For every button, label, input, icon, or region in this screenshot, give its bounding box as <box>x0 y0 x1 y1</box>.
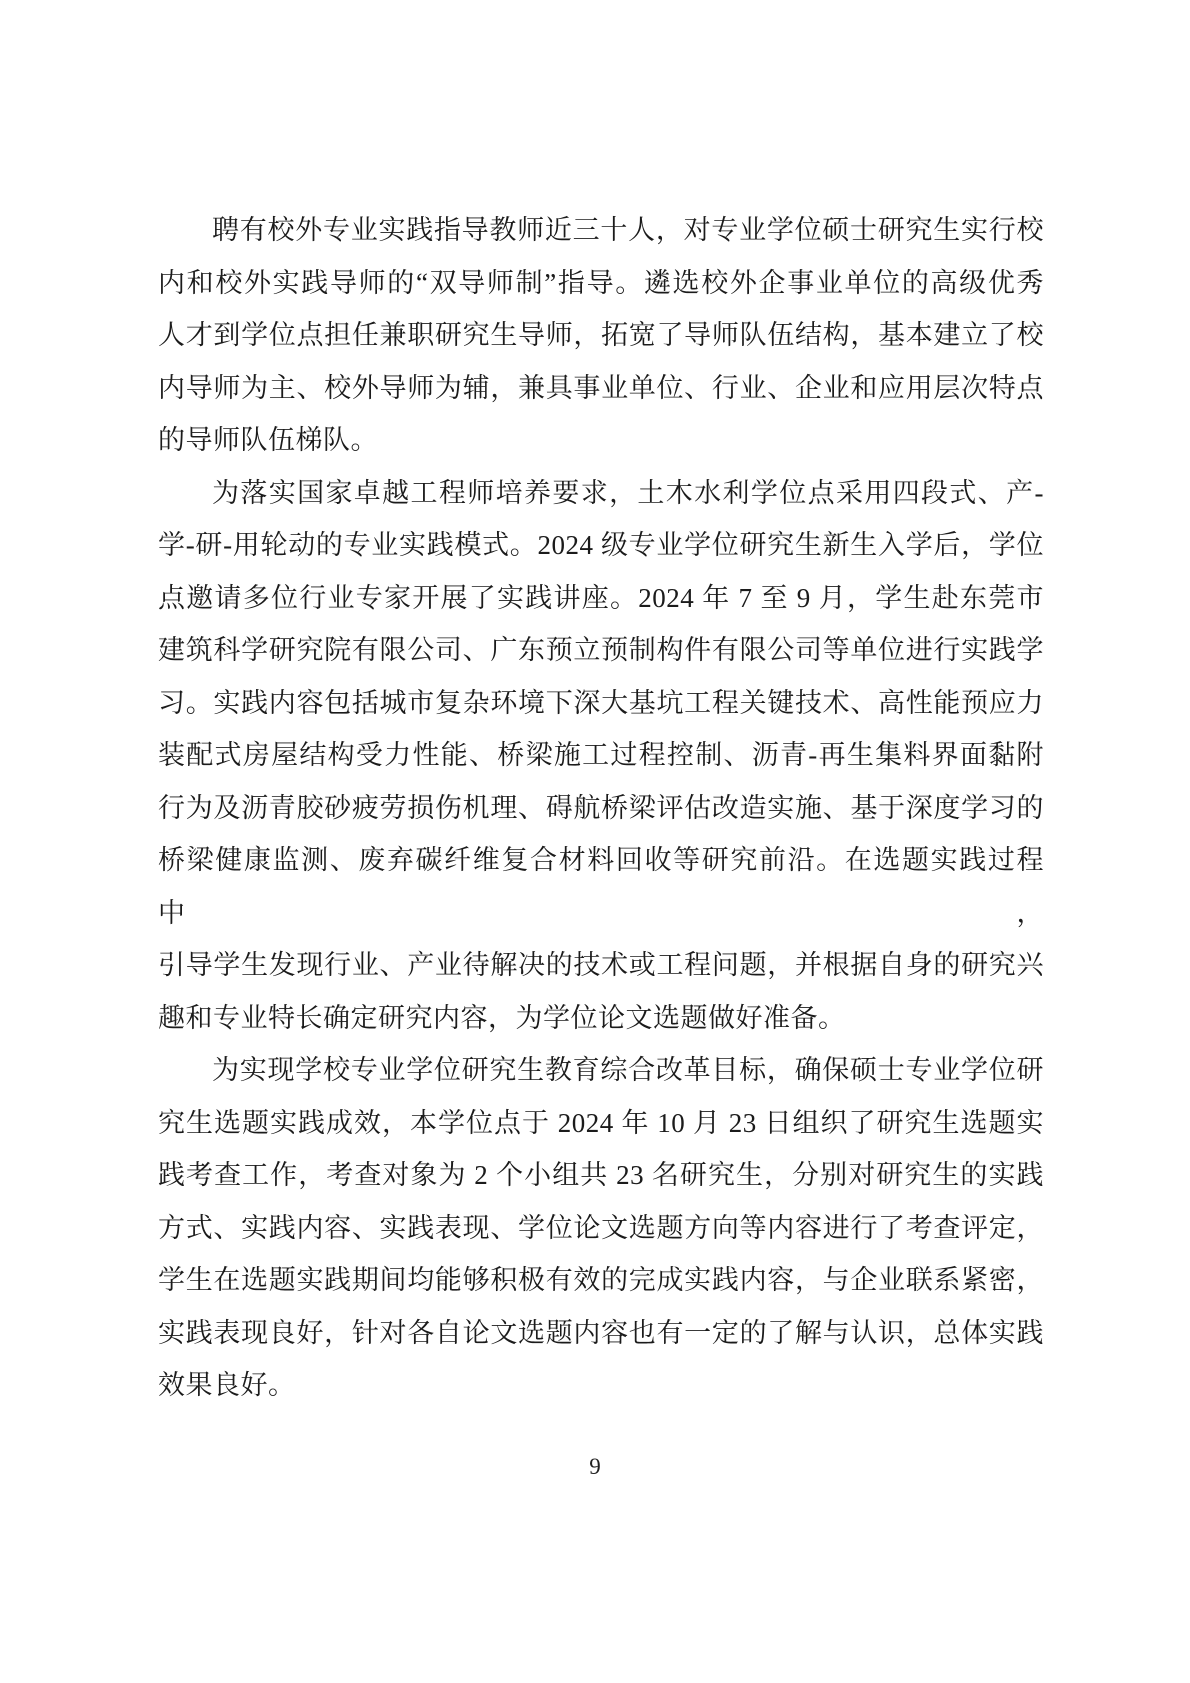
text-line: 行为及沥青胶砂疲劳损伤机理、碍航桥梁评估改造实施、基于深度学习的 <box>158 782 1044 835</box>
text-line: 究生选题实践成效，本学位点于 2024 年 10 月 23 日组织了研究生选题实 <box>158 1097 1044 1150</box>
paragraph-topic-review: 为实现学校专业学位研究生教育综合改革目标，确保硕士专业学位研 究生选题实践成效，… <box>158 1044 1044 1412</box>
text-line: 装配式房屋结构受力性能、桥梁施工过程控制、沥青-再生集料界面黏附 <box>158 729 1044 782</box>
text-line: 践考查工作，考查对象为 2 个小组共 23 名研究生，分别对研究生的实践 <box>158 1149 1044 1202</box>
text-line: 趣和专业特长确定研究内容，为学位论文选题做好准备。 <box>158 992 1044 1045</box>
text-line: 聘有校外专业实践指导教师近三十人，对专业学位硕士研究生实行校 <box>158 204 1044 257</box>
text-line: 人才到学位点担任兼职研究生导师，拓宽了导师队伍结构，基本建立了校 <box>158 309 1044 362</box>
text-line: 为实现学校专业学位研究生教育综合改革目标，确保硕士专业学位研 <box>158 1044 1044 1097</box>
text-line: 学-研-用轮动的专业实践模式。2024 级专业学位研究生新生入学后，学位 <box>158 519 1044 572</box>
text-line: 习。实践内容包括城市复杂环境下深大基坑工程关键技术、高性能预应力 <box>158 677 1044 730</box>
text-line: 为落实国家卓越工程师培养要求，土木水利学位点采用四段式、产- <box>158 467 1044 520</box>
paragraph-mentor-team: 聘有校外专业实践指导教师近三十人，对专业学位硕士研究生实行校 内和校外实践导师的… <box>158 204 1044 467</box>
text-line: 内导师为主、校外导师为辅，兼具事业单位、行业、企业和应用层次特点 <box>158 362 1044 415</box>
text-line: 的导师队伍梯队。 <box>158 414 1044 467</box>
document-page: 聘有校外专业实践指导教师近三十人，对专业学位硕士研究生实行校 内和校外实践导师的… <box>0 0 1190 1683</box>
text-line: 建筑科学研究院有限公司、广东预立预制构件有限公司等单位进行实践学 <box>158 624 1044 677</box>
text-line: 方式、实践内容、实践表现、学位论文选题方向等内容进行了考查评定， <box>158 1202 1044 1255</box>
text-line: 学生在选题实践期间均能够积极有效的完成实践内容，与企业联系紧密， <box>158 1254 1044 1307</box>
text-line: 引导学生发现行业、产业待解决的技术或工程问题，并根据自身的研究兴 <box>158 939 1044 992</box>
text-line: 效果良好。 <box>158 1359 1044 1412</box>
page-number: 9 <box>0 1452 1190 1482</box>
paragraph-practice-program: 为落实国家卓越工程师培养要求，土木水利学位点采用四段式、产- 学-研-用轮动的专… <box>158 467 1044 1045</box>
text-line: 点邀请多位行业专家开展了实践讲座。2024 年 7 至 9 月，学生赴东莞市 <box>158 572 1044 625</box>
text-line: 桥梁健康监测、废弃碳纤维复合材料回收等研究前沿。在选题实践过程中， <box>158 834 1044 939</box>
text-block: 聘有校外专业实践指导教师近三十人，对专业学位硕士研究生实行校 内和校外实践导师的… <box>158 204 1044 1412</box>
text-line: 内和校外实践导师的“双导师制”指导。遴选校外企事业单位的高级优秀 <box>158 257 1044 310</box>
text-line: 实践表现良好，针对各自论文选题内容也有一定的了解与认识，总体实践 <box>158 1307 1044 1360</box>
